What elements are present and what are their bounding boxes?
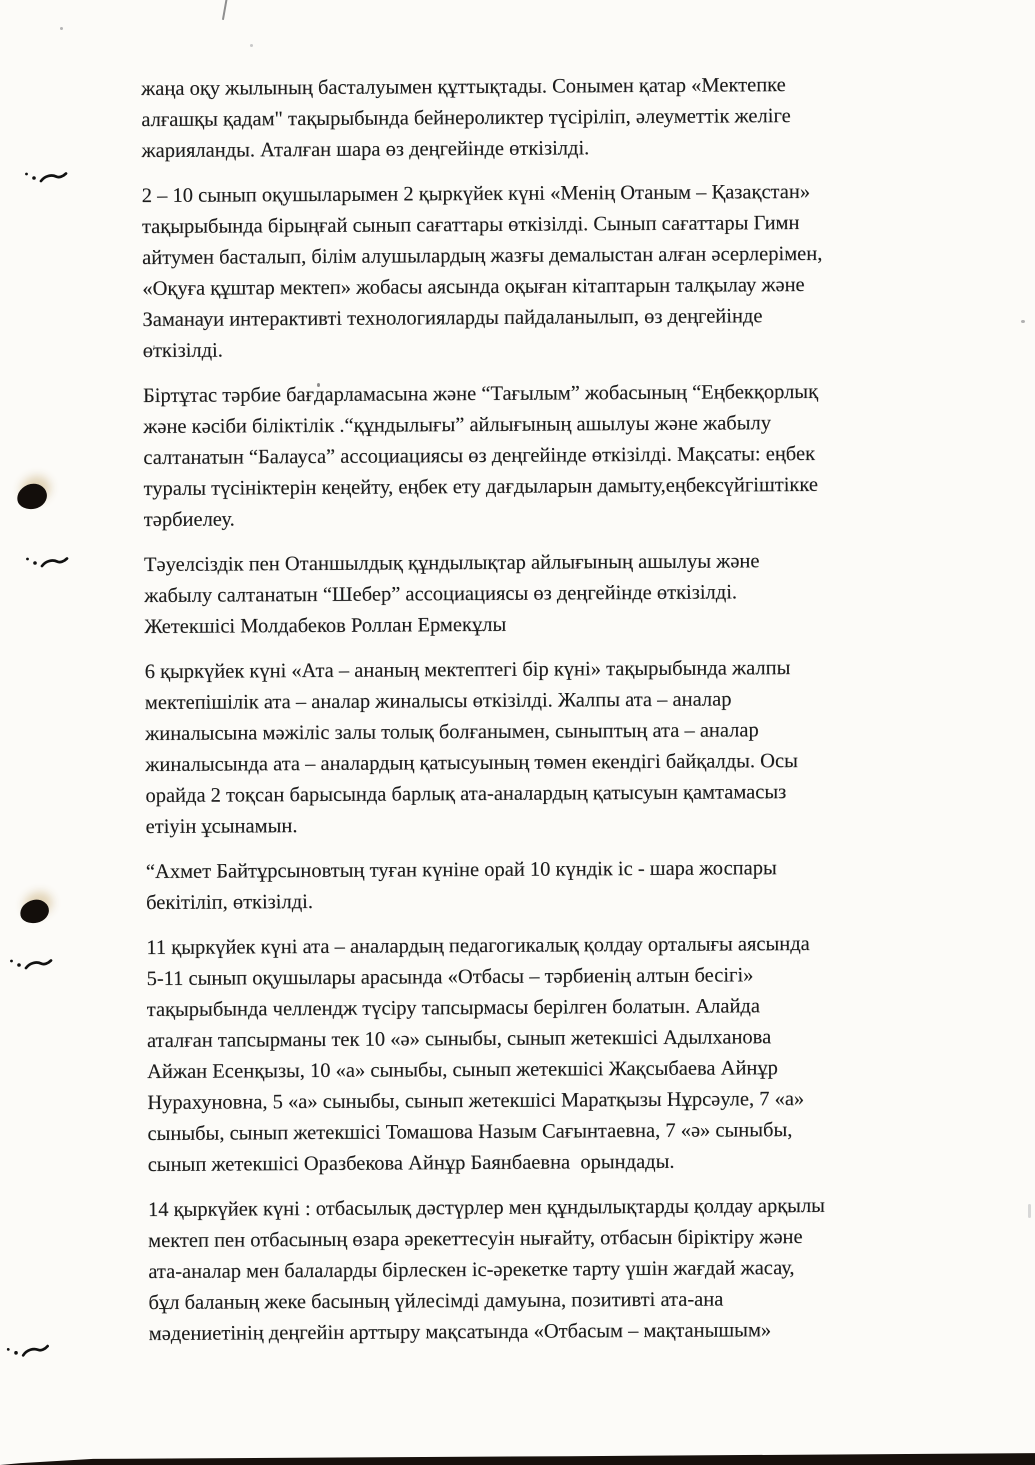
paragraph-6: “Ахмет Байтұрсыновтың туған күніне орай … [146, 852, 996, 919]
paragraph-4: Тәуелсіздік пен Отаншылдық құндылықтар а… [144, 545, 995, 643]
ink-blob-bottom [18, 897, 51, 926]
paragraph-1: жаңа оқу жылының басталуымен құттықтады.… [141, 69, 992, 167]
margin-scribble-2 [25, 554, 69, 572]
margin-scribble-4 [5, 1341, 50, 1362]
paragraph-3: Біртұтас тәрбие бағдарламасына және “Тағ… [143, 376, 994, 536]
paragraph-7: 11 қыркүйек күні ата – аналардың педагог… [146, 928, 997, 1181]
paragraph-8: 14 қыркүйек күні : отбасылық дәстүрлер м… [148, 1190, 999, 1350]
top-edge-slash-mark [222, 0, 228, 20]
scan-speck [153, 345, 155, 348]
ink-blob-top [15, 481, 50, 512]
margin-scribble-3 [9, 956, 53, 974]
paragraph-5: 6 қыркүйек күні «Ата – ананың мектептегі… [145, 652, 996, 843]
document-body: жаңа оқу жылының басталуымен құттықтады.… [141, 69, 999, 1364]
scan-speck [1028, 1204, 1031, 1218]
scan-speck [250, 44, 253, 47]
scan-speck [60, 27, 63, 30]
scanner-bottom-edge [0, 1449, 1035, 1465]
scan-speck [1021, 320, 1025, 323]
scan-speck [317, 383, 320, 387]
scanned-document-page: жаңа оқу жылының басталуымен құттықтады.… [0, 0, 1035, 1465]
paragraph-2: 2 – 10 сынып оқушыларымен 2 қыркүйек күн… [142, 176, 993, 367]
margin-scribble-1 [24, 169, 68, 187]
